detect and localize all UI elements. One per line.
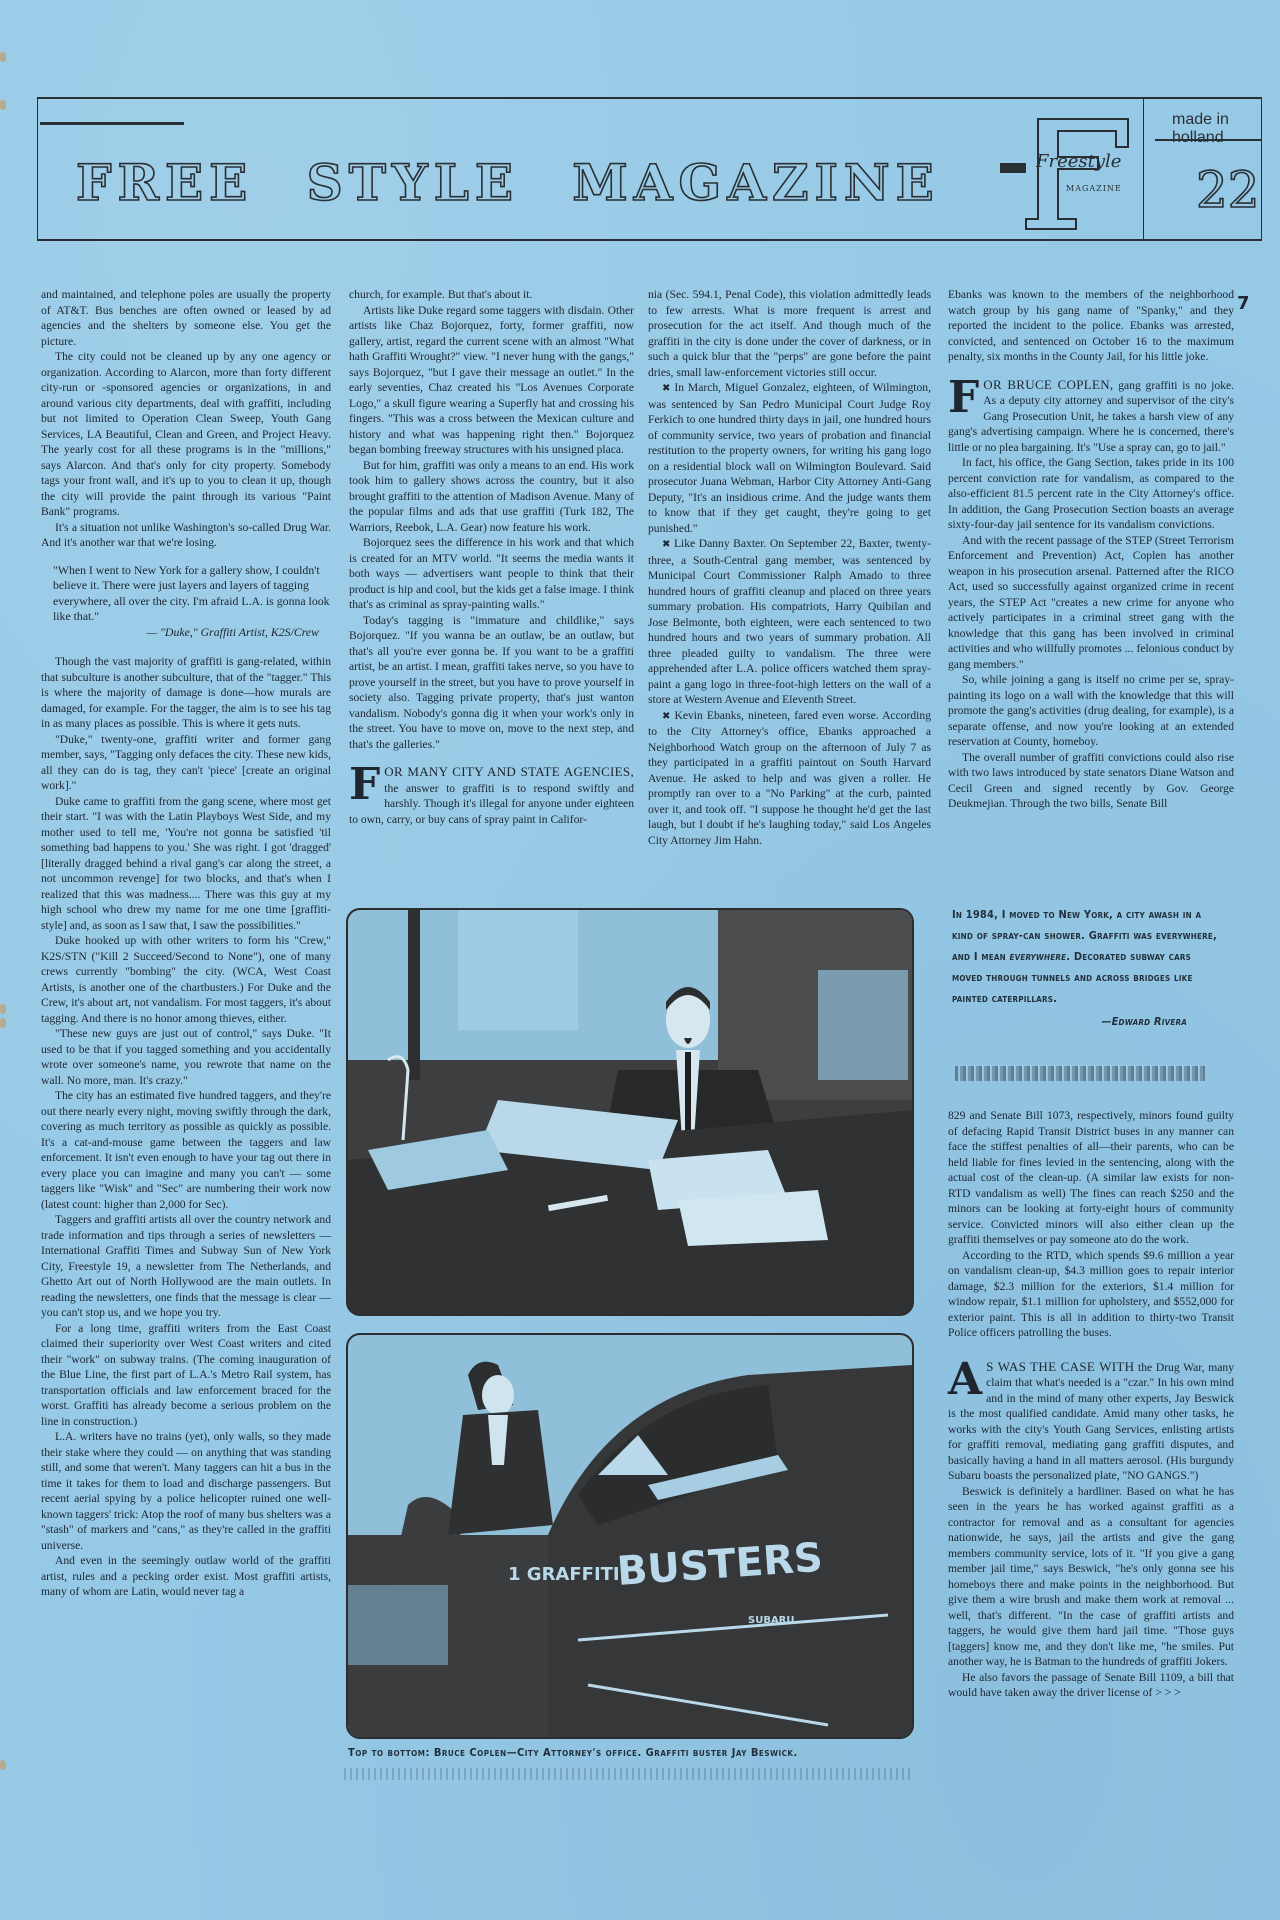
section-opening-agencies: FOR MANY CITY AND STATE AGENCIES, the an… <box>349 764 634 827</box>
paragraph: And with the recent passage of the STEP … <box>948 533 1234 673</box>
section-lead: S WAS THE CASE WITH <box>986 1359 1134 1374</box>
photo-jay-beswick: 1 GRAFFITI BUSTERS SUBARU <box>346 1333 914 1739</box>
pull-quote-attribution: — "Duke," Graffiti Artist, K2S/Crew <box>53 625 331 641</box>
paragraph: The city could not be cleaned up by any … <box>41 349 331 520</box>
paragraph: Duke hooked up with other writers to for… <box>41 933 331 1026</box>
sidebar-quote-text: In 1984, I moved to New York, a city awa… <box>952 904 1217 1009</box>
bullet-x-icon: ✖ <box>662 383 670 394</box>
magazine-title: FREE STYLE MAGAZINE <box>76 153 940 212</box>
section-text: the Drug War, many claim that what's nee… <box>948 1361 1234 1483</box>
section-lead: OR BRUCE COPLEN, <box>983 377 1113 392</box>
bullet-item: ✖ In March, Miguel Gonzalez, eighteen, o… <box>648 380 931 536</box>
paragraph: In fact, his office, the Gang Section, t… <box>948 455 1234 533</box>
article-column-1: and maintained, and telephone poles are … <box>41 287 331 1600</box>
made-in-rule <box>1155 139 1261 141</box>
paragraph: He also favors the passage of Senate Bil… <box>948 1670 1234 1701</box>
pull-quote: "When I went to New York for a gallery s… <box>41 563 331 641</box>
paragraph: It's a situation not unlike Washington's… <box>41 520 331 551</box>
made-in-label: made in holland <box>1172 111 1261 147</box>
bullet-text: Kevin Ebanks, nineteen, fared even worse… <box>648 709 931 847</box>
paragraph: Artists like Duke regard some taggers wi… <box>349 303 634 458</box>
sidebar-quote: In 1984, I moved to New York, a city awa… <box>952 904 1217 1032</box>
article-column-3: nia (Sec. 594.1, Penal Code), this viola… <box>648 287 931 848</box>
pull-quote-text: "When I went to New York for a gallery s… <box>53 563 331 625</box>
masthead-divider <box>1143 99 1144 239</box>
page-number: 7 <box>1237 293 1250 314</box>
paragraph: and maintained, and telephone poles are … <box>41 287 331 349</box>
article-column-4-continued: 829 and Senate Bill 1073, respectively, … <box>948 1108 1234 1701</box>
photo-office-image <box>348 910 912 1314</box>
sidebar-quote-attribution: —Edward Rivera <box>952 1011 1217 1032</box>
car-badge: SUBARU <box>748 1615 795 1626</box>
logo-script: Freestyle <box>1035 151 1121 172</box>
photo-caption: Top to bottom: Bruce Coplen—City Attorne… <box>348 1746 908 1759</box>
paragraph: Ebanks was known to the members of the n… <box>948 287 1234 365</box>
paragraph: "These new guys are just out of control,… <box>41 1026 331 1088</box>
print-noise-bar <box>344 1768 910 1780</box>
masthead: FREE STYLE MAGAZINE Freestyle MAGAZINE m… <box>37 97 1262 241</box>
paragraph: The overall number of graffiti convictio… <box>948 750 1234 812</box>
section-opening-beswick: AS WAS THE CASE WITH the Drug War, many … <box>948 1359 1234 1484</box>
issue-number: 22 <box>1196 161 1260 219</box>
paragraph: 829 and Senate Bill 1073, respectively, … <box>948 1108 1234 1248</box>
bullet-x-icon: ✖ <box>662 711 670 722</box>
paragraph: nia (Sec. 594.1, Penal Code), this viola… <box>648 287 931 380</box>
paragraph: Bojorquez sees the difference in his wor… <box>349 535 634 613</box>
paragraph: L.A. writers have no trains (yet), only … <box>41 1429 331 1553</box>
paragraph: But for him, graffiti was only a means t… <box>349 458 634 536</box>
drop-cap: F <box>349 766 380 804</box>
section-lead: OR MANY CITY AND STATE AGENCIES, <box>384 764 634 779</box>
bullet-item: ✖ Kevin Ebanks, nineteen, fared even wor… <box>648 708 931 849</box>
photo-bruce-coplen <box>346 908 914 1316</box>
paragraph: Taggers and graffiti artists all over th… <box>41 1212 331 1321</box>
car-decal-small: 1 GRAFFITI <box>508 1564 620 1585</box>
paragraph: So, while joining a gang is itself no cr… <box>948 672 1234 750</box>
paragraph: Beswick is definitely a hardliner. Based… <box>948 1484 1234 1670</box>
paragraph: Duke came to graffiti from the gang scen… <box>41 794 331 934</box>
drop-cap: A <box>948 1361 982 1399</box>
paragraph: "Duke," twenty-one, graffiti writer and … <box>41 732 331 794</box>
bullet-text: In March, Miguel Gonzalez, eighteen, of … <box>648 381 931 535</box>
paragraph: And even in the seemingly outlaw world o… <box>41 1553 331 1600</box>
paragraph: For a long time, graffiti writers from t… <box>41 1321 331 1430</box>
masthead-rule <box>40 122 184 125</box>
bullet-x-icon: ✖ <box>662 539 670 550</box>
bullet-text: Like Danny Baxter. On September 22, Baxt… <box>648 537 931 706</box>
paragraph: Though the vast majority of graffiti is … <box>41 654 331 732</box>
print-noise-bar <box>955 1066 1205 1081</box>
photo-car-image: 1 GRAFFITI BUSTERS SUBARU <box>348 1335 912 1737</box>
article-column-2: church, for example. But that's about it… <box>349 287 634 827</box>
logo-sub: MAGAZINE <box>1066 184 1122 193</box>
section-opening-coplen: FOR BRUCE COPLEN, gang graffiti is no jo… <box>948 377 1234 456</box>
paragraph: Today's tagging is "immature and childli… <box>349 613 634 753</box>
section-text: the answer to graffiti is to respond swi… <box>349 782 634 826</box>
paragraph: The city has an estimated five hundred t… <box>41 1088 331 1212</box>
article-column-4: Ebanks was known to the members of the n… <box>948 287 1234 812</box>
bullet-item: ✖ Like Danny Baxter. On September 22, Ba… <box>648 536 931 708</box>
paragraph: church, for example. But that's about it… <box>349 287 634 303</box>
freestyle-logo-icon: Freestyle MAGAZINE <box>998 107 1138 231</box>
drop-cap: F <box>948 379 979 417</box>
paragraph: According to the RTD, which spends $9.6 … <box>948 1248 1234 1341</box>
